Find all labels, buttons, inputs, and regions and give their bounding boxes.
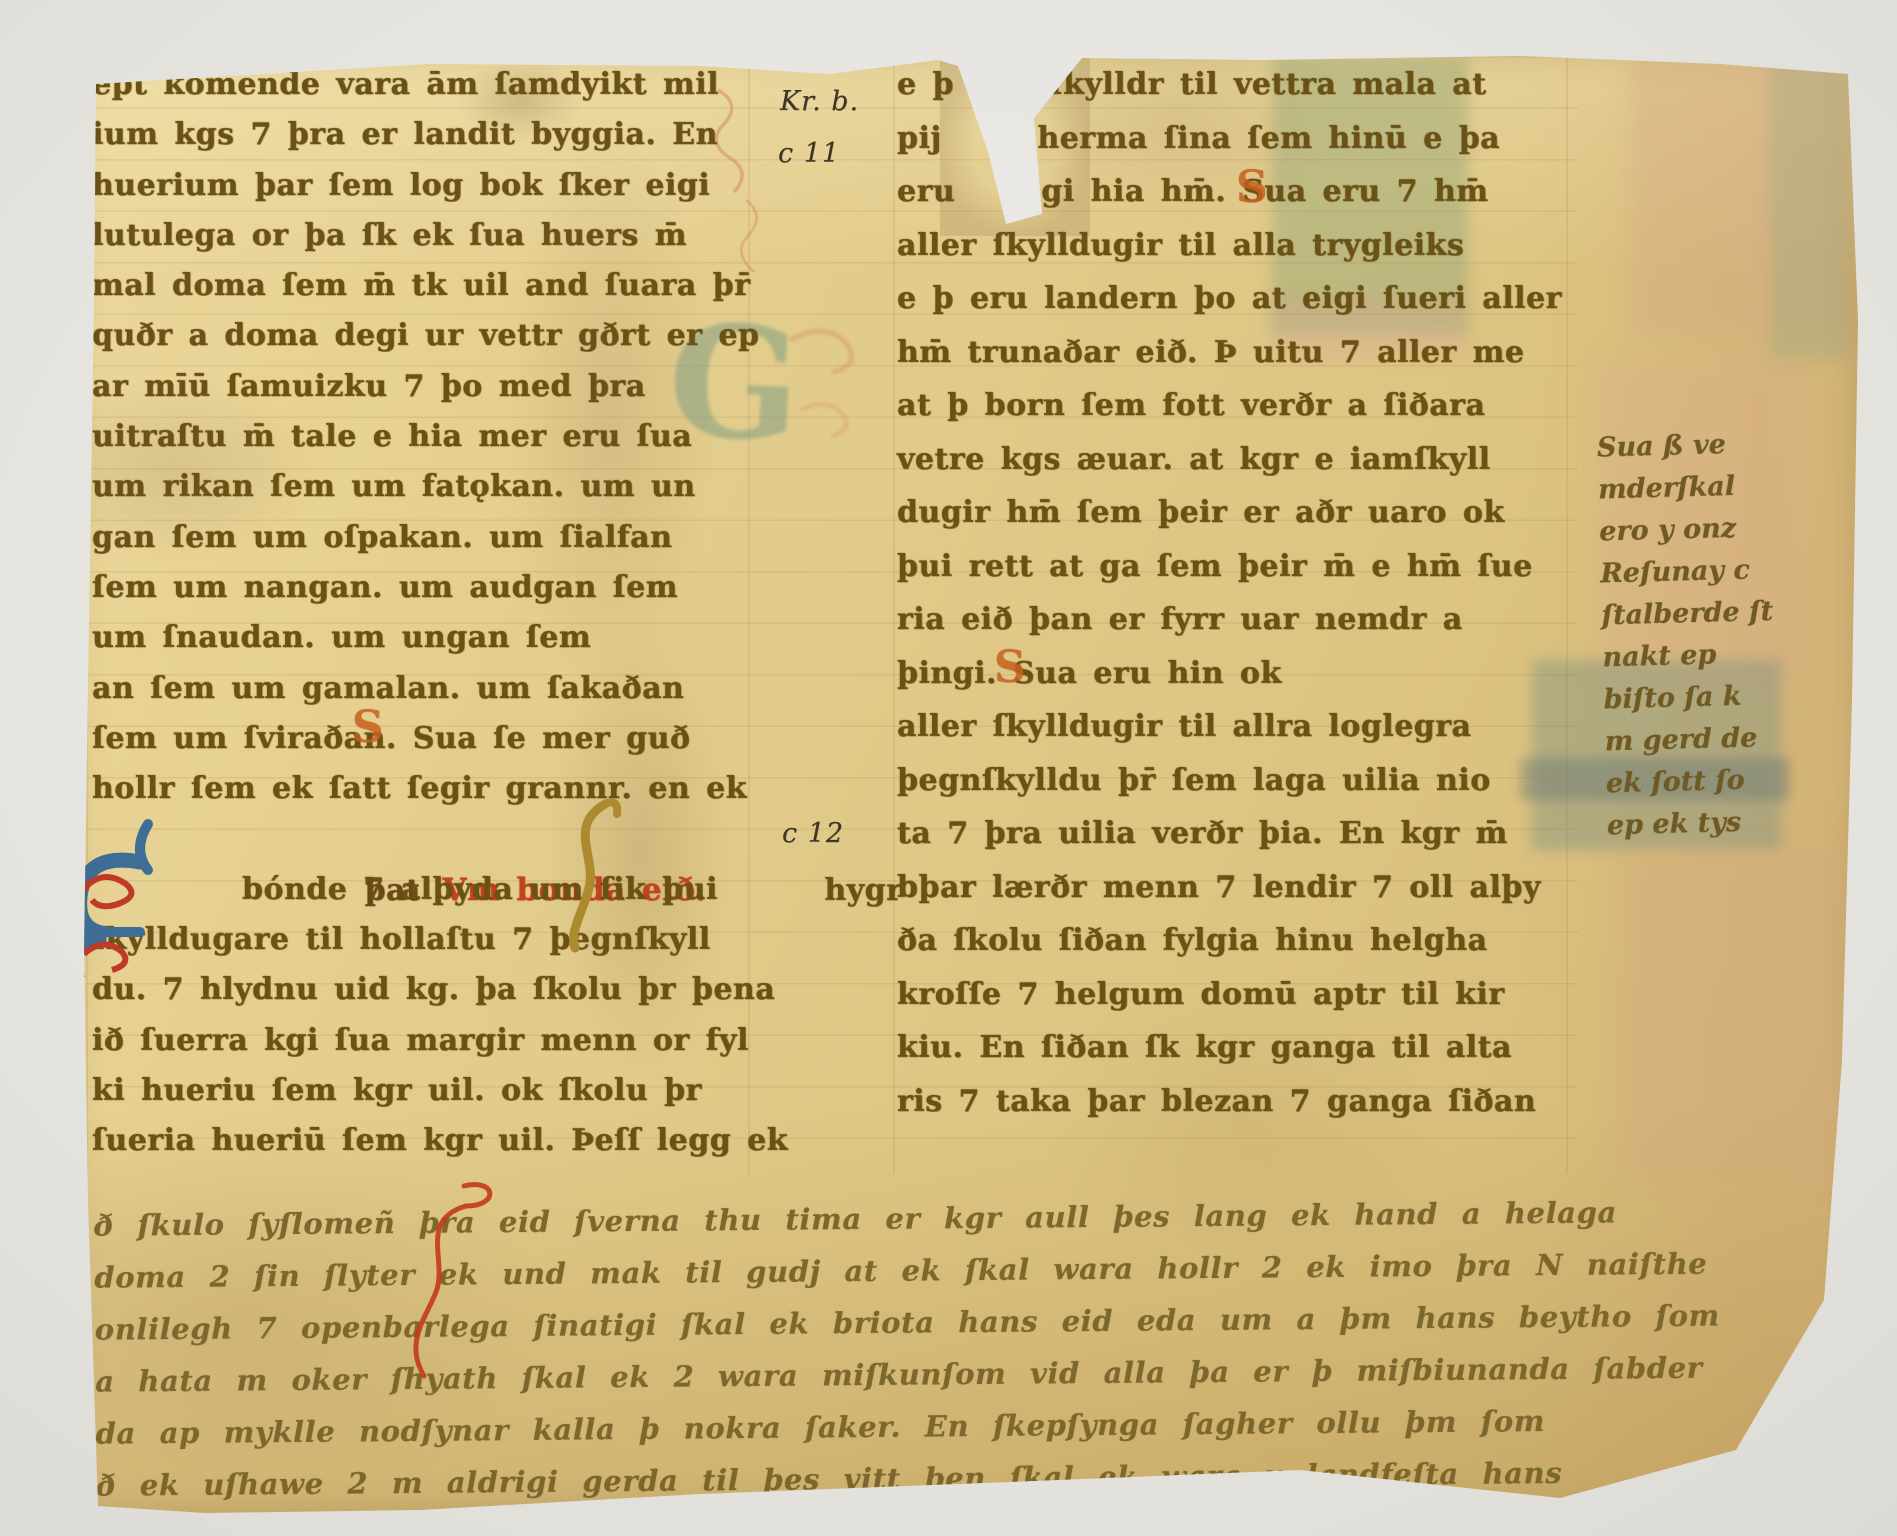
manuscript-text-line: aller ſkylldugir til allra loglegra bbox=[897, 700, 1567, 754]
manuscript-text-line: eru ngi hia hm̄. Sua eru 7 hm̄ bbox=[897, 165, 1567, 219]
right-column-lines: e þ ſkylldr til vettra mala atpij herma … bbox=[897, 58, 1567, 1128]
red-pen-stroke bbox=[346, 1176, 516, 1391]
manuscript-text-line: ium kgs 7 þra er landit byggia. En bbox=[92, 110, 748, 160]
margin-note-line: ek ſott ſo bbox=[1605, 757, 1866, 806]
manuscript-text-line: þui rett at ga ſem þeir m̄ e hm̄ ſue bbox=[897, 540, 1567, 594]
manuscript-text-line: huerium þar ſem log bok ſker eigi bbox=[92, 161, 748, 211]
stain-green-streak-topright bbox=[1770, 60, 1850, 360]
margin-note-line: ero y onz bbox=[1599, 505, 1860, 554]
column-rule-left-a bbox=[86, 56, 88, 1174]
right-margin-notes: Sua ß vemderſkalero y onzReſunay cſtalbe… bbox=[1597, 421, 1868, 848]
parchment-fragment: G ept komende vara ām ſamdyikt milium kg… bbox=[0, 0, 1897, 1536]
manuscript-text-line: ept komende vara ām ſamdyikt mil bbox=[92, 60, 748, 110]
manuscript-text-line: ris 7 taka þar blezan 7 ganga ſiðan bbox=[897, 1075, 1567, 1129]
manuscript-text-line: ria eið þan er fyrr uar nemdr a bbox=[897, 593, 1567, 647]
manuscript-text-line: an ſem um gamalan. um ſakaðan bbox=[92, 664, 748, 714]
manuscript-text-line: quðr a doma degi ur vettr gðrt er ep bbox=[92, 311, 748, 361]
column-rule-right-a bbox=[893, 56, 895, 1174]
manuscript-text-line: bþar lærðr menn 7 lendir 7 oll alþy bbox=[897, 861, 1567, 915]
manuscript-text-line: vetre kgs æuar. at kgr e iamſkyll bbox=[897, 433, 1567, 487]
manuscript-text-line: ta 7 þra uilia verðr þia. En kgr m̄ bbox=[897, 807, 1567, 861]
paraph-mark-right-mid: S bbox=[994, 642, 1026, 693]
right-text-column: e þ ſkylldr til vettra mala atpij herma … bbox=[897, 58, 1567, 1128]
manuscript-text-line: um ſnaudan. um ungan ſem bbox=[92, 613, 748, 663]
stain-pink-strip-topright bbox=[1630, 58, 1850, 338]
manuscript-text-line: ſem um ſviraðan. Sua ſe mer guð bbox=[92, 714, 748, 764]
manuscript-text-line: ſem um nangan. um audgan ſem bbox=[92, 563, 748, 613]
manuscript-text-line: þegnſkylldu þr̄ ſem laga uilia nio bbox=[897, 754, 1567, 808]
manuscript-text-line: hm̄ trunaðar eið. Þ uitu 7 aller me bbox=[897, 326, 1567, 380]
left-column-upper-lines: ept komende vara ām ſamdyikt milium kgs … bbox=[92, 60, 748, 814]
margin-note-line: mderſkal bbox=[1598, 463, 1859, 512]
manuscript-text-line: e þ ſkylldr til vettra mala at bbox=[897, 58, 1567, 112]
rubric-suffix-text: hygr bbox=[824, 873, 902, 908]
manuscript-text-line: uitraſtu m̄ tale e hia mer eru ſua bbox=[92, 412, 748, 462]
gutter-note-c11: c 11 bbox=[778, 138, 840, 169]
margin-note-line: biſto ſa k bbox=[1603, 673, 1864, 722]
margin-note-line: Sua ß ve bbox=[1597, 421, 1858, 470]
manuscript-text-line: ki hueriu ſem kgr uil. ok ſkolu þr bbox=[92, 1066, 748, 1116]
gutter-note-c12: c 12 bbox=[782, 818, 844, 849]
manuscript-text-line: kroſſe 7 helgum domū aptr til kir bbox=[897, 968, 1567, 1022]
paraph-mark-right-upper: S bbox=[1236, 162, 1268, 213]
manuscript-text-line: ða ſkolu ſiðan fylgia hinu helgha bbox=[897, 914, 1567, 968]
margin-note-line: nakt ep bbox=[1602, 631, 1863, 680]
margin-note-line: ſtalberde ſt bbox=[1601, 589, 1862, 638]
manuscript-text-line: ar mīū ſamuizku 7 þo med þra bbox=[92, 362, 748, 412]
manuscript-text-line: dugir hm̄ ſem þeir er aðr uaro ok bbox=[897, 486, 1567, 540]
manuscript-text-line: e þ eru landern þo at eigi ſueri aller bbox=[897, 272, 1567, 326]
manuscript-text-line: um rikan ſem um fatǫkan. um un bbox=[92, 462, 748, 512]
manuscript-text-line: ið ſuerra kgi ſua margir menn or fyl bbox=[92, 1016, 748, 1066]
manuscript-text-line: at þ born ſem fott verðr a ſiðara bbox=[897, 379, 1567, 433]
manuscript-text-line: kiu. En ſiðan ſk kgr ganga til alta bbox=[897, 1021, 1567, 1075]
rubric-flourish bbox=[545, 796, 625, 956]
red-penwork-lower bbox=[84, 944, 125, 970]
left-text-column: ept komende vara ām ſamdyikt milium kgs … bbox=[92, 60, 748, 1167]
stain-tan-right-lower bbox=[1620, 850, 1850, 1180]
margin-note-line: ep ek tys bbox=[1606, 799, 1867, 848]
gutter-note-krb: Kr. b. bbox=[780, 86, 859, 117]
manuscript-text-line: mal doma ſem m̄ tk uil and ſuara þr̄ bbox=[92, 261, 748, 311]
red-flourish-trace-2 bbox=[800, 404, 846, 436]
paraph-mark-left: S bbox=[352, 702, 384, 753]
photo-backdrop: G ept komende vara ām ſamdyikt milium kg… bbox=[0, 0, 1897, 1536]
manuscript-text-line: lutulega or þa ſk ek ſua huers m̄ bbox=[92, 211, 748, 261]
manuscript-text-line: gan ſem um oſpakan. um ſialfan bbox=[92, 513, 748, 563]
manuscript-text-line: ſueria hueriū ſem kgr uil. Þeſſ legg ek bbox=[92, 1116, 748, 1166]
blue-initial bbox=[52, 802, 202, 977]
margin-note-line: m gerd de bbox=[1604, 715, 1865, 764]
manuscript-text-line: pij herma ſina ſem hinū e þa bbox=[897, 112, 1567, 166]
manuscript-text-line: aller ſkylldugir til alla trygleiks bbox=[897, 219, 1567, 273]
margin-note-line: Reſunay c bbox=[1600, 547, 1861, 596]
